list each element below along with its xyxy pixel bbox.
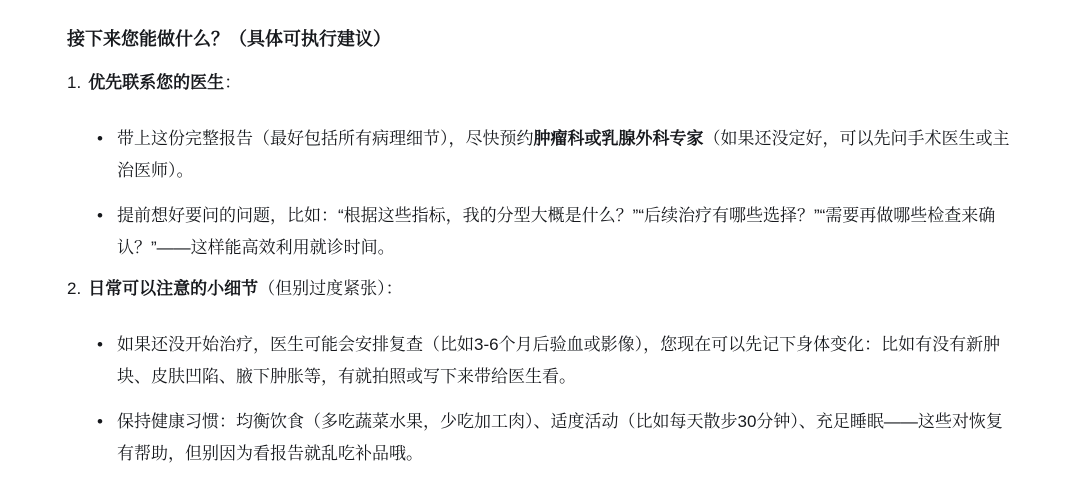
item-title-bold: 优先联系您的医生	[88, 73, 224, 92]
item-number: 1.	[67, 73, 81, 92]
item-title-rest: ：	[224, 73, 241, 92]
bullet-text: 提前想好要问的问题，比如：“根据这些指标，我的分型大概是什么？”“后续治疗有哪些…	[117, 206, 995, 257]
bullet-marker: •	[97, 329, 103, 361]
numbered-item-2-title: 2.日常可以注意的小细节（但别过度紧张）：	[67, 277, 1013, 301]
bullet-list: •如果还没开始治疗，医生可能会安排复查（比如3-6个月后验血或影像），您现在可以…	[67, 329, 1013, 470]
bullet-item: •如果还没开始治疗，医生可能会安排复查（比如3-6个月后验血或影像），您现在可以…	[67, 329, 1013, 393]
bullet-list: •带上这份完整报告（最好包括所有病理细节），尽快预约肿瘤科或乳腺外科专家（如果还…	[67, 123, 1013, 264]
bullet-marker: •	[97, 406, 103, 438]
bullet-item: •提前想好要问的问题，比如：“根据这些指标，我的分型大概是什么？”“后续治疗有哪…	[67, 200, 1013, 264]
bullet-text: 如果还没开始治疗，医生可能会安排复查（比如3-6个月后验血或影像），您现在可以先…	[117, 335, 1000, 386]
numbered-item-1: 1.优先联系您的医生： •带上这份完整报告（最好包括所有病理细节），尽快预约肿瘤…	[67, 71, 1013, 264]
bullet-marker: •	[97, 123, 103, 155]
advice-document: 接下来您能做什么？（具体可执行建议） 1.优先联系您的医生： •带上这份完整报告…	[0, 0, 1080, 492]
bullet-text: 带上这份完整报告（最好包括所有病理细节），尽快预约	[117, 129, 534, 148]
bullet-item: •带上这份完整报告（最好包括所有病理细节），尽快预约肿瘤科或乳腺外科专家（如果还…	[67, 123, 1013, 187]
bullet-item: •保持健康习惯：均衡饮食（多吃蔬菜水果，少吃加工肉）、适度活动（比如每天散步30…	[67, 406, 1013, 470]
bullet-text: 保持健康习惯：均衡饮食（多吃蔬菜水果，少吃加工肉）、适度活动（比如每天散步30分…	[117, 412, 1003, 463]
bullet-text-bold: 肿瘤科或乳腺外科专家	[534, 129, 704, 148]
numbered-list: 1.优先联系您的医生： •带上这份完整报告（最好包括所有病理细节），尽快预约肿瘤…	[67, 71, 1013, 470]
item-title-rest: （但别过度紧张）：	[258, 279, 403, 298]
item-number: 2.	[67, 279, 81, 298]
item-title-bold: 日常可以注意的小细节	[88, 279, 258, 298]
numbered-item-1-title: 1.优先联系您的医生：	[67, 71, 1013, 95]
numbered-item-2: 2.日常可以注意的小细节（但别过度紧张）： •如果还没开始治疗，医生可能会安排复…	[67, 277, 1013, 470]
section-heading: 接下来您能做什么？（具体可执行建议）	[67, 27, 1013, 51]
bullet-marker: •	[97, 200, 103, 232]
